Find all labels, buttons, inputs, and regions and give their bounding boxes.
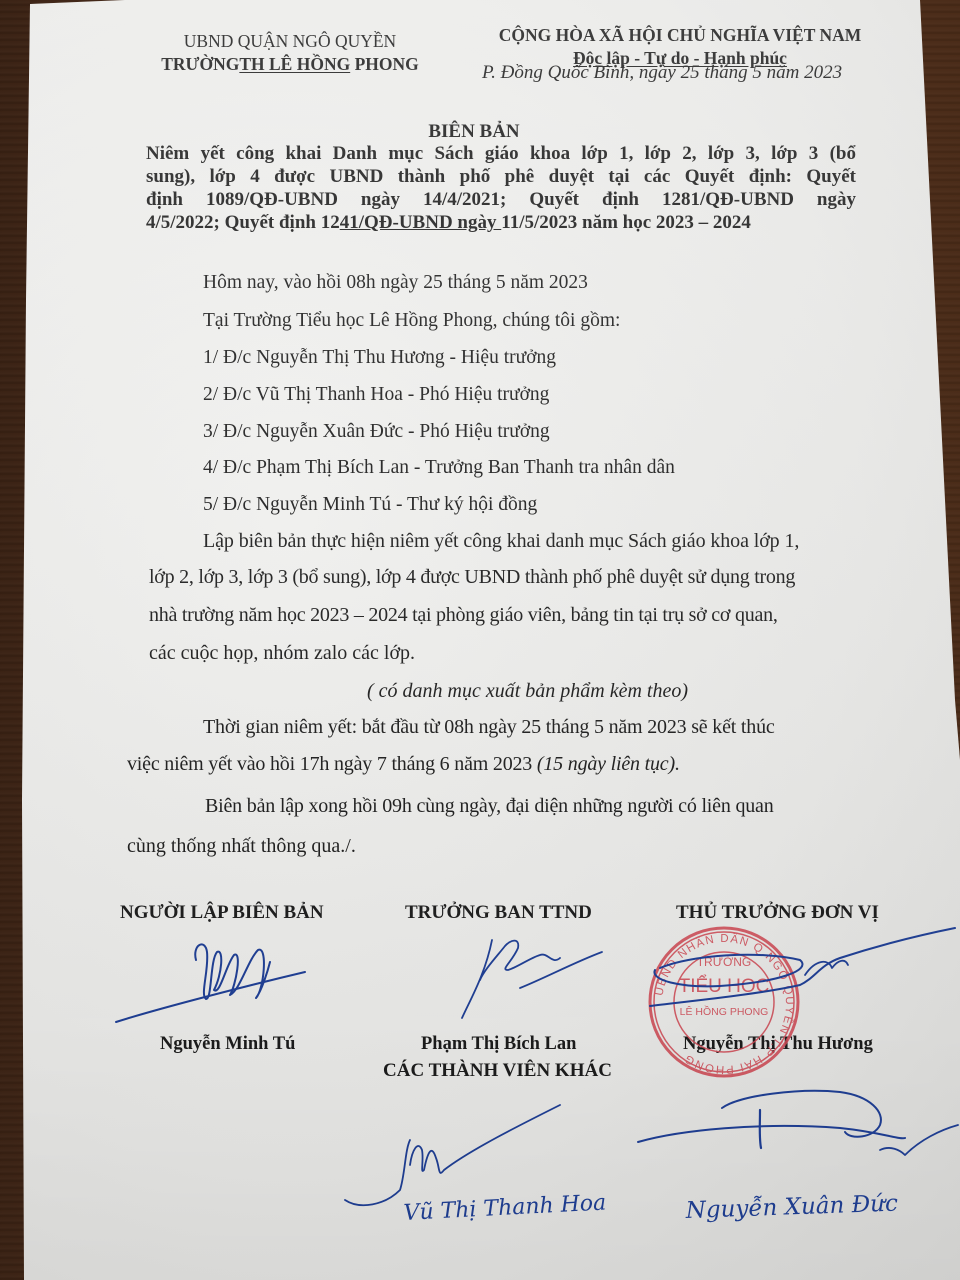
issuing-authority: UBND QUẬN NGÔ QUYỀN TRƯỜNGTH LÊ HỒNG PHO… xyxy=(120,30,460,76)
country-name: CỘNG HÒA XÃ HỘI CHỦ NGHĨA VIỆT NAM xyxy=(470,24,890,47)
signature-member-vu-thi-thanh-hoa: Vũ Thị Thanh Hoa xyxy=(345,1105,607,1226)
para1-line: lớp 2, lớp 3, lớp 3 (bổ sung), lớp 4 đượ… xyxy=(149,566,795,589)
signer-title-inspection-head: TRƯỞNG BAN TTND xyxy=(405,902,592,924)
member-item: 4/ Đ/c Phạm Thị Bích Lan - Trưởng Ban Th… xyxy=(203,457,675,479)
place-date: P. Đồng Quốc Bình, ngày 25 tháng 5 năm 2… xyxy=(482,62,842,84)
para3-line: Biên bản lập xong hồi 09h cùng ngày, đại… xyxy=(205,795,774,818)
svg-text:TIỂU HỌC: TIỂU HỌC xyxy=(679,975,770,997)
svg-text:LÊ HỒNG PHONG: LÊ HỒNG PHONG xyxy=(680,1005,769,1018)
svg-text:Nguyễn Xuân Đức: Nguyễn Xuân Đức xyxy=(684,1190,898,1224)
district-committee: UBND QUẬN NGÔ QUYỀN xyxy=(120,30,460,53)
member-item: 1/ Đ/c Nguyễn Thị Thu Hương - Hiệu trưởn… xyxy=(203,347,556,369)
member-item: 3/ Đ/c Nguyễn Xuân Đức - Phó Hiệu trưởng xyxy=(203,421,550,443)
svg-text:Vũ Thị Thanh Hoa: Vũ Thị Thanh Hoa xyxy=(403,1190,607,1226)
opening-line: Hôm nay, vào hồi 08h ngày 25 tháng 5 năm… xyxy=(203,272,588,294)
signer-title-unit-head: THỦ TRƯỞNG ĐƠN VỊ xyxy=(676,902,879,924)
para1-line: các cuộc họp, nhóm zalo các lớp. xyxy=(149,642,415,665)
subtitle-line: 4/5/2022; Quyết định 1241/QĐ-UBND ngày 1… xyxy=(146,211,856,234)
signer-name-recorder: Nguyễn Minh Tú xyxy=(160,1034,295,1055)
document-subtitle: Niêm yết công khai Danh mục Sách giáo kh… xyxy=(146,142,856,234)
para1-line: Lập biên bản thực hiện niêm yết công kha… xyxy=(203,530,799,553)
signature-inspection-head xyxy=(462,940,602,1018)
document-paper: UBND QUẬN NGÔ QUYỀN TRƯỜNGTH LÊ HỒNG PHO… xyxy=(0,0,960,1280)
subtitle-line: định 1089/QĐ-UBND ngày 14/4/2021; Quyết … xyxy=(146,188,856,211)
svg-text:TRƯỜNG: TRƯỜNG xyxy=(697,954,752,969)
para3-line: cùng thống nhất thông qua./. xyxy=(127,835,356,858)
signature-unit-head xyxy=(650,928,955,1006)
member-item: 5/ Đ/c Nguyễn Minh Tú - Thư ký hội đồng xyxy=(203,494,537,516)
attachment-note: ( có danh mục xuất bản phẩm kèm theo) xyxy=(367,680,688,703)
member-item: 2/ Đ/c Vũ Thị Thanh Hoa - Phó Hiệu trưởn… xyxy=(203,384,549,406)
signer-title-recorder: NGƯỜI LẬP BIÊN BẢN xyxy=(120,902,324,924)
other-members-title: CÁC THÀNH VIÊN KHÁC xyxy=(383,1060,612,1082)
document-title: BIÊN BẢN xyxy=(0,121,960,143)
location-line: Tại Trường Tiểu học Lê Hồng Phong, chúng… xyxy=(203,310,620,332)
para2-line: việc niêm yết vào hồi 17h ngày 7 tháng 6… xyxy=(127,753,680,776)
signer-name-unit-head: Nguyễn Thị Thu Hương xyxy=(683,1034,873,1055)
subtitle-line: Niêm yết công khai Danh mục Sách giáo kh… xyxy=(146,142,856,165)
signer-name-inspection-head: Phạm Thị Bích Lan xyxy=(421,1034,576,1055)
subtitle-line: sung), lớp 4 được UBND thành phố phê duy… xyxy=(146,165,856,188)
signature-recorder xyxy=(116,944,305,1022)
para1-line: nhà trường năm học 2023 – 2024 tại phòng… xyxy=(149,604,778,627)
signature-member-nguyen-xuan-duc: Nguyễn Xuân Đức xyxy=(638,1091,958,1224)
school-name: TRƯỜNGTH LÊ HỒNG PHONG xyxy=(120,53,460,76)
para2-line: Thời gian niêm yết: bắt đầu từ 08h ngày … xyxy=(203,716,775,739)
